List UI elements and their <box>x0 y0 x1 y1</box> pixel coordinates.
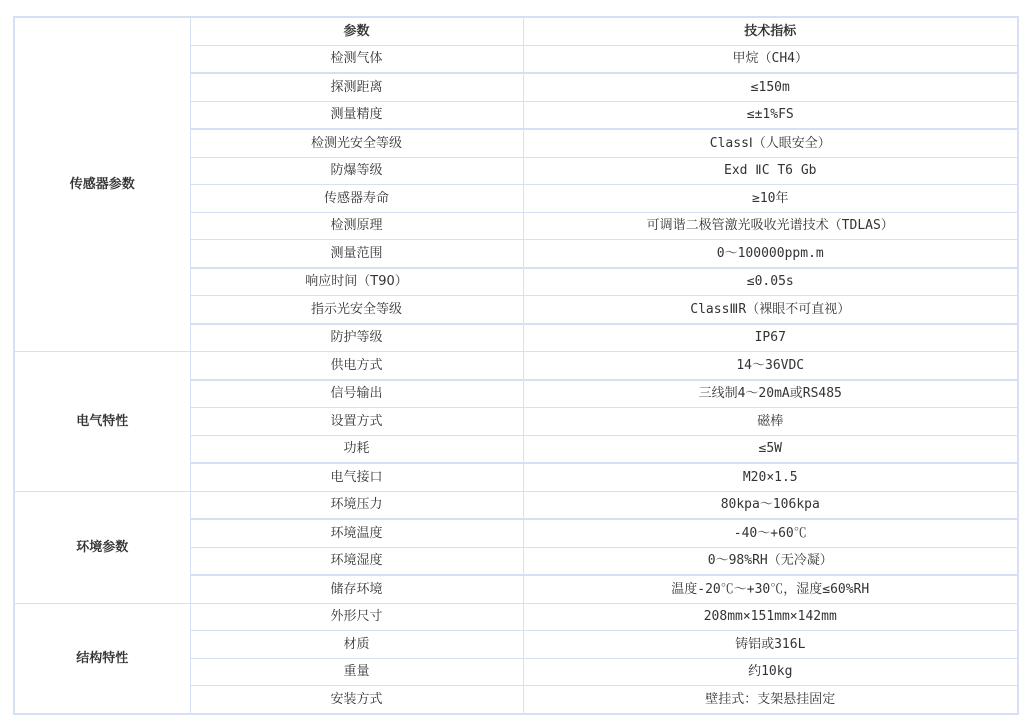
param-cell: 外形尺寸 <box>190 603 523 631</box>
param-cell: 防爆等级 <box>190 157 523 185</box>
table-row: 电气特性 供电方式14～36VDC <box>14 352 1018 380</box>
value-cell: IP67 <box>523 324 1018 352</box>
group-electrical: 电气特性 <box>14 352 190 492</box>
param-cell: 电气接口 <box>190 463 523 491</box>
value-cell: 0～100000ppm.m <box>523 240 1018 268</box>
group-structure: 结构特性 <box>14 603 190 714</box>
param-cell: 防护等级 <box>190 324 523 352</box>
value-cell: 208mm×151mm×142mm <box>523 603 1018 631</box>
value-cell: -40～+60℃ <box>523 519 1018 547</box>
header-param: 参数 <box>190 17 523 45</box>
param-cell: 重量 <box>190 658 523 686</box>
param-cell: 供电方式 <box>190 352 523 380</box>
value-cell: 约10kg <box>523 658 1018 686</box>
param-cell: 信号输出 <box>190 380 523 408</box>
value-cell: 可调谐二极管激光吸收光谱技术（TDLAS） <box>523 212 1018 240</box>
value-cell: ≤0.05s <box>523 268 1018 296</box>
value-cell: ClassⅢR（裸眼不可直视） <box>523 296 1018 324</box>
table-row: 结构特性 外形尺寸208mm×151mm×142mm <box>14 603 1018 631</box>
value-cell: 甲烷（CH4） <box>523 45 1018 73</box>
param-cell: 设置方式 <box>190 408 523 436</box>
param-cell: 储存环境 <box>190 575 523 603</box>
param-cell: 检测气体 <box>190 45 523 73</box>
value-cell: 三线制4～20mA或RS485 <box>523 380 1018 408</box>
group-sensor: 传感器参数 <box>14 17 190 352</box>
value-cell: 0～98%RH（无冷凝） <box>523 547 1018 575</box>
value-cell: M20×1.5 <box>523 463 1018 491</box>
value-cell: ≤±1%FS <box>523 101 1018 129</box>
param-cell: 环境温度 <box>190 519 523 547</box>
param-cell: 环境湿度 <box>190 547 523 575</box>
value-cell: ≤5W <box>523 435 1018 463</box>
value-cell: ≥10年 <box>523 185 1018 213</box>
value-cell: Exd ⅡC T6 Gb <box>523 157 1018 185</box>
value-cell: 温度-20℃～+30℃，湿度≤60%RH <box>523 575 1018 603</box>
value-cell: 80kpa～106kpa <box>523 491 1018 519</box>
table-row: 环境参数 环境压力80kpa～106kpa <box>14 491 1018 519</box>
param-cell: 探测距离 <box>190 73 523 101</box>
param-cell: 测量范围 <box>190 240 523 268</box>
param-cell: 传感器寿命 <box>190 185 523 213</box>
value-cell: ClassⅠ（人眼安全） <box>523 129 1018 157</box>
param-cell: 响应时间（T90） <box>190 268 523 296</box>
group-environment: 环境参数 <box>14 491 190 603</box>
param-cell: 功耗 <box>190 435 523 463</box>
value-cell: ≤150m <box>523 73 1018 101</box>
spec-table: 传感器参数 参数 技术指标 检测气体甲烷（CH4） 探测距离≤150m 测量精度… <box>13 16 1019 715</box>
value-cell: 铸铝或316L <box>523 631 1018 659</box>
param-cell: 检测原理 <box>190 212 523 240</box>
param-cell: 环境压力 <box>190 491 523 519</box>
header-spec: 技术指标 <box>523 17 1018 45</box>
param-cell: 检测光安全等级 <box>190 129 523 157</box>
param-cell: 指示光安全等级 <box>190 296 523 324</box>
value-cell: 壁挂式：支架悬挂固定 <box>523 686 1018 714</box>
value-cell: 14～36VDC <box>523 352 1018 380</box>
param-cell: 测量精度 <box>190 101 523 129</box>
param-cell: 材质 <box>190 631 523 659</box>
value-cell: 磁棒 <box>523 408 1018 436</box>
header-row: 传感器参数 参数 技术指标 <box>14 17 1018 45</box>
param-cell: 安装方式 <box>190 686 523 714</box>
